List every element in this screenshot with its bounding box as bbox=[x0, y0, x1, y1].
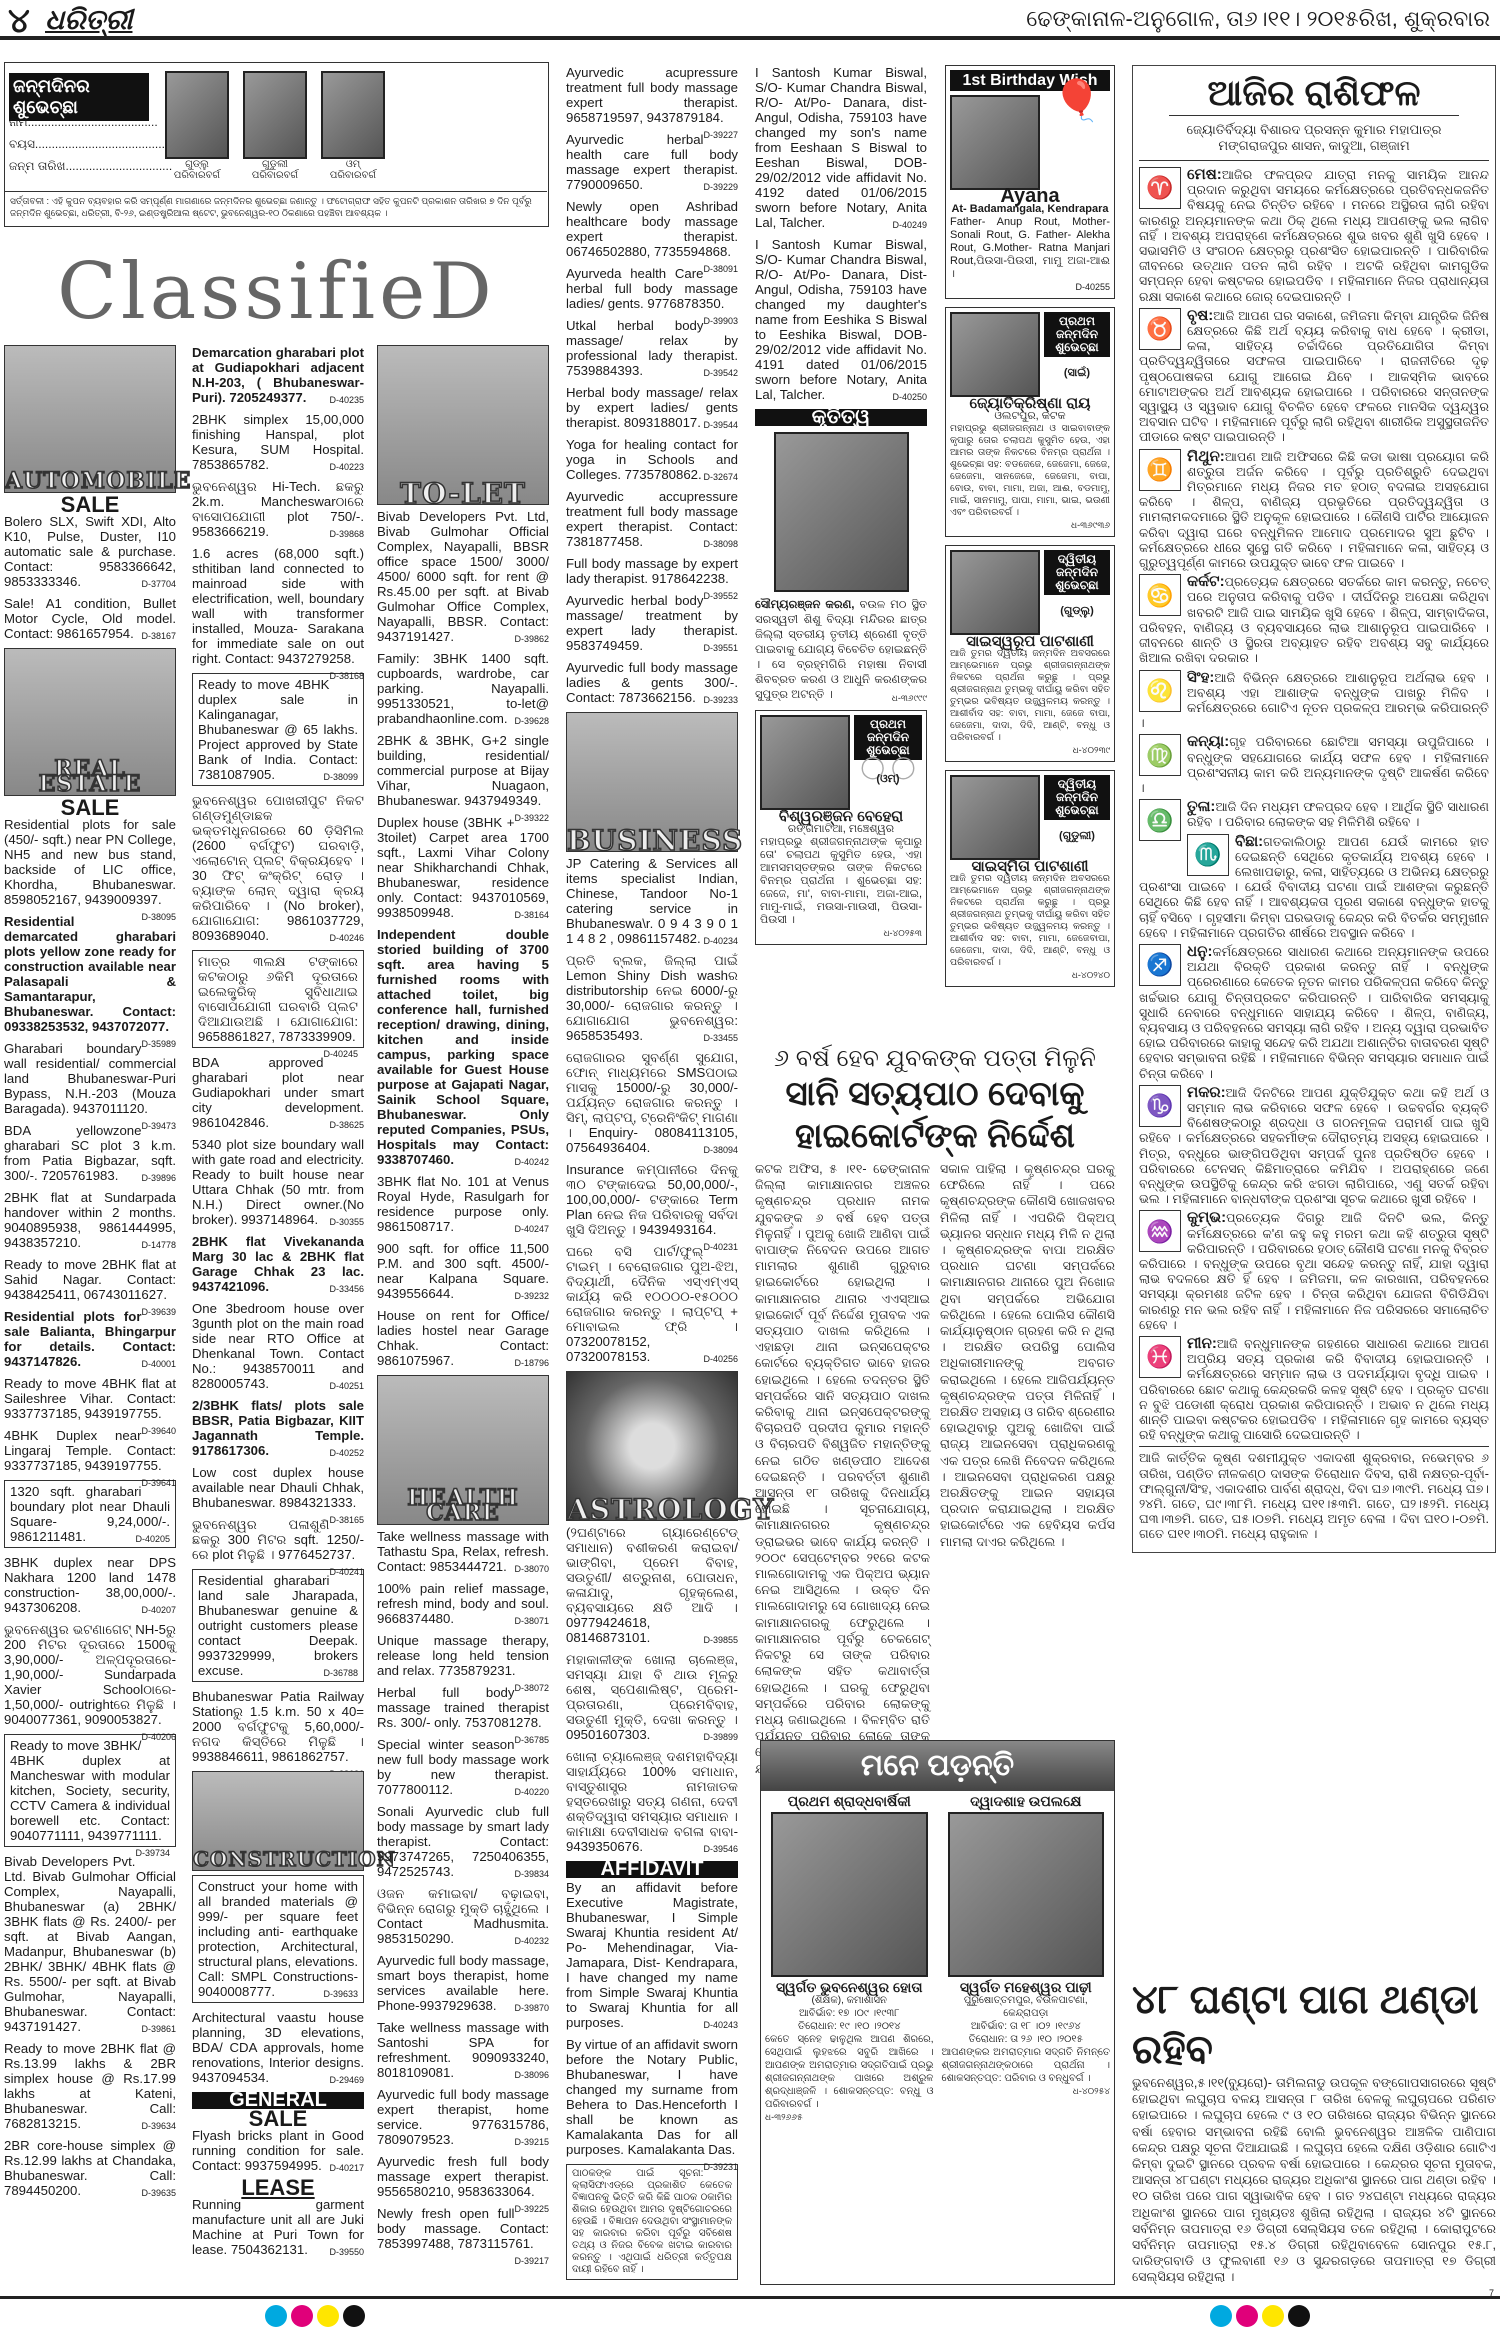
classified-banner: ClassifieD bbox=[4, 245, 549, 340]
classified-ad: Architectural vaastu house planning, 3D … bbox=[192, 2010, 364, 2085]
coupon-terms: ସର୍ତ୍ତାବଳୀ : ଏହି କୁପନ ବ୍ୟବହାର କରି ସମ୍ପୂର… bbox=[5, 191, 547, 222]
deceased-photo bbox=[948, 1812, 1105, 1977]
to-let-banner: TO-LET bbox=[377, 345, 549, 505]
zodiac-sagittarius: ♐ଧନୁ:କର୍ମକ୍ଷେତ୍ରରେ ସାଧାରଣ କଥାରେ ଅନ୍ୟମାନଙ… bbox=[1139, 944, 1489, 1082]
zodiac-aries: ♈ମେଷ:ଆଜିର ଫଳପ୍ରଦ ଯାତ୍ରା ମନକୁ ସାମୟିକ ଆନନ୍… bbox=[1139, 167, 1489, 305]
zodiac-scorpio: ♏ବିଛା:ଗତକାଲିଠାରୁ ଆପଣ ଯେଉଁ କାମରେ ହାତ ଦେଇଛ… bbox=[1139, 834, 1489, 941]
leo-icon: ♌ bbox=[1139, 670, 1181, 712]
classified-ad: Bivab Developers Pvt. Ltd. Bivab Gulmoha… bbox=[4, 1854, 176, 2034]
classified-ad: Insurance କମ୍ପାନୀରେ ଦିନକୁ ୩୦ ଟଙ୍କାଦେଇ 50… bbox=[566, 1162, 738, 1237]
obituary-title: ମନେ ପଡ଼ନ୍ତି bbox=[761, 1741, 1114, 1791]
zodiac-cancer: ♋କର୍କଟ:ପ୍ରତ୍ୟେକ କ୍ଷେତ୍ରରେ ସତର୍କରେ କାମ କର… bbox=[1139, 574, 1489, 666]
classified-ad: 5340 plot size boundary wall with gate r… bbox=[192, 1137, 364, 1227]
zodiac-leo: ♌ସିଂହ:ଆଜି ବିଭିନ୍ନ କ୍ଷେତ୍ରରେ ଆଶାନୁରୂପ ଅର୍… bbox=[1139, 670, 1489, 732]
classified-ad: BDA approved gharabari plot near Gudiapo… bbox=[192, 1055, 364, 1130]
section-heading: SALE bbox=[4, 497, 176, 512]
child-photo bbox=[950, 550, 1040, 635]
footer-page-number: 7 bbox=[1489, 2288, 1494, 2298]
classified-ad: Herbal body massage/ relax by expert lad… bbox=[566, 385, 738, 430]
classified-ad: Bhubaneswar Patia Railway Stationରୁ 1.5 … bbox=[192, 1689, 364, 1764]
classified-ad: Newly open Ashribad healthcare body mass… bbox=[566, 199, 738, 259]
newspaper-logo: ଧରିତ୍ରୀ bbox=[45, 4, 132, 37]
virgo-icon: ♍ bbox=[1139, 734, 1181, 776]
classified-ad-boxed: Construct your home with all branded mat… bbox=[192, 1875, 364, 2003]
news-body-col-2: ସକାଳ ପାହିଲା । କୃଷ୍ଣଚନ୍ଦ୍ର ଘରକୁ ଫେରିଲେ ନା… bbox=[940, 1161, 1115, 1777]
child-photo bbox=[165, 71, 229, 159]
classified-ad: JP Catering & Services all items special… bbox=[566, 856, 738, 946]
obituary-section: ମନେ ପଡ଼ନ୍ତି ପ୍ରଥମ ଶ୍ରାଦ୍ଧବାର୍ଷିକୀ ସ୍ୱର୍ଗ… bbox=[760, 1740, 1115, 2285]
column-health-business-astrology: Ayurvedic acupressure treatment full bod… bbox=[566, 65, 738, 2287]
classified-ad: Ready to move 4BHK flat at Saileshree Vi… bbox=[4, 1376, 176, 1421]
classified-ad: Low cost duplex house available near Dha… bbox=[192, 1465, 364, 1510]
name-change-notice: I Santosh Kumar Biswal, S/O- Kumar Chand… bbox=[755, 237, 927, 402]
footer-rule bbox=[0, 2296, 1500, 2299]
capricorn-icon: ♑ bbox=[1139, 1085, 1181, 1127]
classified-ad: Residential demarcated gharabari plots y… bbox=[4, 914, 176, 1034]
classified-ad: ମହାକାଳୀଙ୍କ ଖୋଲା ଚାଲେଞ୍ଜ, ସମସ୍ୟା ଯାହା ବି … bbox=[566, 1652, 738, 1742]
birthday-coupon: ଜନ୍ମଦିନର ଶୁଭେଚ୍ଛା ନାମ...................… bbox=[4, 62, 549, 227]
cmyk-registration-marks bbox=[265, 2305, 365, 2327]
obituary-right: ଦ୍ୱାଦଶାହ ଉପଲକ୍ଷେ ସ୍ୱର୍ଗତ ମହେଶ୍ୱର ପାଢ଼ୀ ପ… bbox=[942, 1795, 1111, 2124]
classified-ad: ଖୋଲା ଚ୍ୟାଲେଞ୍ଜ୍ ଦଶମହାବିଦ୍ୟା ସାହାର୍ଯ୍ୟରେ … bbox=[566, 1749, 738, 1854]
yellow-dot-icon bbox=[1262, 2305, 1284, 2327]
classified-ad: ପ୍ରତି ବ୍ଲକ, ଜିଲ୍ଲା ପାଇଁ Lemon Shiny Dish… bbox=[566, 953, 738, 1043]
health-care-banner: HEALTH CARE bbox=[377, 1375, 549, 1525]
column-automobile-realestate: AUTOMOBILE SALE Bolero SLX, Swift XDI, A… bbox=[4, 345, 176, 2205]
section-heading: SALE bbox=[192, 2111, 364, 2126]
classified-ad: 2BR core-house simplex @ Rs.12.99 lakhs … bbox=[4, 2138, 176, 2198]
column-tolet-health: TO-LET Bivab Developers Pvt. Ltd, Bivab … bbox=[377, 345, 549, 2269]
business-banner: BUSINESS bbox=[566, 712, 738, 852]
sagittarius-icon: ♐ bbox=[1139, 944, 1181, 986]
classified-ad: Full body massage by expert lady therapi… bbox=[566, 556, 738, 586]
weather-headline: ୪୮ ଘଣ୍ଟା ପାଗ ଥଣ୍ଡା ରହିବ bbox=[1132, 1975, 1496, 2075]
classified-ad: ରୋଜଗାରର ସୁବର୍ଣ୍ଣ ସୁଯୋଗ, ଫୋନ୍ ମାଧ୍ୟମରେ SM… bbox=[566, 1050, 738, 1155]
classified-ad: Yoga for healing contact for yoga in Sch… bbox=[566, 437, 738, 482]
classified-ad: 2BHK flat at Sundarpada handover within … bbox=[4, 1190, 176, 1250]
horoscope-address: ମଙ୍ଗରାଜପୁର ଶାସନ, କାଦୁଆ, ଗଞ୍ଜାମ bbox=[1139, 138, 1489, 161]
classified-ad: Ready to move 2BHK flat @ Rs.13.99 lakhs… bbox=[4, 2041, 176, 2131]
black-dot-icon bbox=[343, 2305, 365, 2327]
classified-ad: Independent double storied building of 3… bbox=[377, 927, 549, 1167]
zodiac-taurus: ♉ବୃଷ:ଆଜି ଆପଣ ଘର ସକାଶେ, ଜମିଜମା କିମ୍ବା ଯାନ… bbox=[1139, 308, 1489, 446]
child-photo bbox=[243, 71, 307, 159]
aries-icon: ♈ bbox=[1139, 167, 1181, 209]
classified-ad: By an affidavit before Executive Magistr… bbox=[566, 1880, 738, 2030]
construction-banner: CONSTRUCTION bbox=[192, 1771, 364, 1871]
real-estate-banner: REAL ESTATE bbox=[4, 648, 176, 796]
achievement-text: ସୌମ୍ୟରଞ୍ଜନ କରଣ, ବଉଳ ମଠ ସ୍ଥିତ ସରସ୍ୱତୀ ଶିଶ… bbox=[755, 598, 927, 703]
classified-ad: ଓଜନ କମାଇବା/ ବଢ଼ାଇବା, ବିଭିନ୍ନ ରୋଗରୁ ମୁକ୍ତ… bbox=[377, 1886, 549, 1946]
classified-ad: ଭୁବନେଶ୍ୱର ଭଟଣାଗେଟ୍ NH-5ରୁ 200 ମିଟର ଦୂରତା… bbox=[4, 1622, 176, 1727]
classified-ad: Flyash bricks plant in Good running cond… bbox=[192, 2128, 364, 2173]
cmyk-registration-marks bbox=[1210, 2305, 1310, 2327]
section-heading: SALE bbox=[4, 800, 176, 815]
horoscope-author: ଜ୍ୟୋତିର୍ବିଦ୍ୟା ବିଶାରଦ ପ୍ରସନ୍ନ କୁମାର ମହାପ… bbox=[1139, 122, 1489, 138]
zodiac-gemini: ♊ମିଥୁନ:ଆପଣ ଆଜି ଅଫିସରେ କିଛି କଡା ଭାଷା ପ୍ରୟ… bbox=[1139, 449, 1489, 572]
classified-ad: ଭୁବନେଶ୍ୱର ପୋଖରୀପୁଟ ନିକଟ ଗଣ୍ଡମୁଣ୍ଡାଛକ ଭକ୍… bbox=[192, 793, 364, 943]
classified-ad: Take wellness massage with Santoshi SPA … bbox=[377, 2020, 549, 2080]
masthead-rule bbox=[0, 36, 1500, 40]
classified-ad-boxed: ମାତ୍ର ୩ଲକ୍ଷ ଟଙ୍କାରେ କଟକଠାରୁ ୬କିମି ଦୂରତାର… bbox=[192, 950, 364, 1048]
zodiac-virgo: ♍କନ୍ୟା:ଗୃହ ପରିବାରରେ ଛୋଟିଆ ସମସ୍ୟା ଉପୁଜିପା… bbox=[1139, 734, 1489, 796]
classified-ad: 2BHK flat Vivekananda Marg 30 lac & 2BHK… bbox=[192, 1234, 364, 1294]
classified-ad: Sale! A1 condition, Bullet Motor Cycle, … bbox=[4, 596, 176, 641]
aquarius-icon: ♒ bbox=[1139, 1210, 1181, 1252]
classified-ad: Gharabari boundary wall residential/ com… bbox=[4, 1041, 176, 1116]
classified-ad-boxed: Ready to move 4BHK duplex sale in Kaling… bbox=[192, 673, 364, 786]
classified-ad: 100% pain relief massage, refresh mind, … bbox=[377, 1581, 549, 1626]
classified-ad: Ayurvedic fresh full body massage expert… bbox=[377, 2154, 549, 2199]
classified-ad: House on rent for Office/ ladies hostel … bbox=[377, 1308, 549, 1368]
classified-ad: Unique massage therapy, release long hel… bbox=[377, 1633, 549, 1678]
coupon-photo: ଓମ୍ପରିବାରବର୍ଗ bbox=[321, 71, 385, 181]
classified-ad: Bolero SLX, Swift XDI, Alto K10, Pulse, … bbox=[4, 514, 176, 589]
first-birthday-wish: 1st Birthday Wish 🎈 Ayana At- Badamangal… bbox=[945, 65, 1115, 299]
coupon-photos: ଗୁଡ୍ଲୁପରିବାରବର୍ଗ ଗୁଡୁଲୀପରିବାରବର୍ଗ ଓମ୍ପରି… bbox=[165, 71, 385, 181]
scorpio-icon: ♏ bbox=[1187, 834, 1229, 876]
horoscope-title: ଆଜିର ରାଶିଫଳ bbox=[1169, 72, 1459, 116]
coupon-field-age[interactable]: ବୟସ.....................................… bbox=[9, 133, 172, 155]
achievement-heading: କୃତିତ୍ୱ bbox=[755, 409, 927, 426]
yellow-dot-icon bbox=[317, 2305, 339, 2327]
classified-ad: 3BHK flat No. 101 at Venus Royal Hyde, R… bbox=[377, 1174, 549, 1234]
black-dot-icon bbox=[1288, 2305, 1310, 2327]
classified-ad: (୨ଘଣ୍ଟାରେ ଗ୍ୟାରେଣ୍ଟେଡ୍ ସମାଧାନ) ବଶୀକରଣ କର… bbox=[566, 1525, 738, 1645]
birthday-wish-card: ଦ୍ୱିତୀୟ ଜନ୍ମଦିନ ଶୁଭେଚ୍ଛା(ଗୁଡୁଲୀ) ସାଇସ୍ମି… bbox=[945, 770, 1115, 987]
taurus-icon: ♉ bbox=[1139, 308, 1181, 350]
gemini-icon: ♊ bbox=[1139, 449, 1181, 491]
classified-ad: Ayurvedic full body massage expert thera… bbox=[377, 2087, 549, 2147]
panjika: ଆଜି କାର୍ତ୍ତିକ କୃଷ୍ଣ ଦଶମୀଯୁକ୍ତ ଏକାଦଶୀ ଶୁକ… bbox=[1139, 1446, 1489, 1542]
classified-ad: 3BHK duplex near DPS Nakhara 1200 land 1… bbox=[4, 1555, 176, 1615]
astrology-banner: ASTROLOGY bbox=[566, 1371, 738, 1521]
masthead: ୪ ଧରିତ୍ରୀ ଢେଙ୍କାନାଳ-ଅନୁଗୋଳ, ତା୬।୧୧। ୨୦୧୫… bbox=[0, 0, 1500, 38]
pisces-icon: ♓ bbox=[1139, 1336, 1181, 1378]
classified-ad-boxed: Residential gharabari land sale Jharapad… bbox=[192, 1569, 364, 1682]
classified-ad: One 3bedroom house over 3gunth plot on t… bbox=[192, 1301, 364, 1391]
birthday-wish-card: ପ୍ରଥମ ଜନ୍ମଦିନ ଶୁଭେଚ୍ଛା(ସାଇଁ) ଜ୍ୟୋତିକ୍ରିଷ… bbox=[945, 307, 1115, 537]
classified-ad: 2/3BHK flats/ plots sale BBSR, Patia Big… bbox=[192, 1398, 364, 1458]
child-photo bbox=[321, 71, 385, 159]
classified-ad: Duplex house (3BHK + 3toilet) Carpet are… bbox=[377, 815, 549, 920]
classified-ad: Family: 3BHK 1400 sqft. cupboards, wardr… bbox=[377, 651, 549, 726]
cyan-dot-icon bbox=[265, 2305, 287, 2327]
magenta-dot-icon bbox=[291, 2305, 313, 2327]
zodiac-pisces: ♓ମୀନ:ଆଜି ବନ୍ଧୁମାନଙ୍କ ଗହଣରେ ସାଧାରଣ କଥାରେ … bbox=[1139, 1336, 1489, 1443]
classified-ad: Ayurvedic full body massage ladies & gen… bbox=[566, 660, 738, 705]
weather-story: ୪୮ ଘଣ୍ଟା ପାଗ ଥଣ୍ଡା ରହିବ ଭୁବନେଶ୍ୱର,୫।୧୧(ବ… bbox=[1132, 1975, 1496, 2286]
classified-ad: 1.6 acres (68,000 sqft.) sthitiban land … bbox=[192, 546, 364, 666]
news-story: ୬ ବର୍ଷ ହେବ ଯୁବକଙ୍କ ପତ୍ତା ମିଳୁନି ସାନି ସତ୍… bbox=[755, 1045, 1115, 1777]
child-photo bbox=[760, 715, 850, 810]
classified-ad: 2BHK simplex 15,00,000 finishing Hanspal… bbox=[192, 412, 364, 472]
deceased-photo bbox=[771, 1812, 928, 1977]
cyan-dot-icon bbox=[1210, 2305, 1232, 2327]
horoscope-section: ଆଜିର ରାଶିଫଳ ଜ୍ୟୋତିର୍ବିଦ୍ୟା ବିଶାରଦ ପ୍ରସନ୍… bbox=[1132, 65, 1496, 1553]
child-photo bbox=[950, 775, 1040, 860]
affidavit-heading: AFFIDAVIT bbox=[566, 1861, 738, 1878]
column-birthday-wishes: 1st Birthday Wish 🎈 Ayana At- Badamangal… bbox=[945, 65, 1115, 995]
classified-ad: ଘରେ ବସି ପାର୍ଟ/ଫୁଲ୍ ଟାଇମ୍ । ବେରୋଜଗାର ପୁଅ-… bbox=[566, 1244, 738, 1364]
coupon-field-dob[interactable]: ଜନ୍ମ ତାରିଖ..............................… bbox=[9, 155, 172, 177]
automobile-banner: AUTOMOBILE bbox=[4, 345, 176, 493]
dateline: ଢେଙ୍କାନାଳ-ଅନୁଗୋଳ, ତା୬।୧୧। ୨୦୧୫ରିଖ, ଶୁକ୍ର… bbox=[1026, 6, 1490, 32]
obituary-left: ପ୍ରଥମ ଶ୍ରାଦ୍ଧବାର୍ଷିକୀ ସ୍ୱର୍ଗତ ଭୁବନେଶ୍ୱର … bbox=[765, 1795, 934, 2124]
coupon-photo: ଗୁଡ୍ଲୁପରିବାରବର୍ଗ bbox=[165, 71, 229, 181]
column-property: Demarcation gharabari plot at Gudiapokha… bbox=[192, 345, 364, 2264]
classified-ad: ଭୁବନେଶ୍ୱର Hi-Tech. ଛକରୁ 2k.m. Mancheswar… bbox=[192, 479, 364, 539]
classified-ad: Residential plots for sale (450/- sqft.)… bbox=[4, 817, 176, 907]
coupon-photo: ଗୁଡୁଲୀପରିବାରବର୍ଗ bbox=[243, 71, 307, 181]
classified-ad: Ayurvedic acupressure treatment full bod… bbox=[566, 65, 738, 125]
birthday-wish-card: ପ୍ରଥମ ଜନ୍ମଦିନ ଶୁଭେଚ୍ଛା◯ ◯(ଓମ୍) ବିଶ୍ୱରଞ୍ଜ… bbox=[755, 710, 927, 945]
classified-ad: Ready to move 2BHK flat at Sahid Nagar. … bbox=[4, 1257, 176, 1302]
classified-ad-boxed: Ready to move 3BHK/ 4BHK duplex at Manch… bbox=[4, 1734, 176, 1847]
classified-ad: 2BHK & 3BHK, G+2 single building, reside… bbox=[377, 733, 549, 808]
news-kicker: ୬ ବର୍ଷ ହେବ ଯୁବକଙ୍କ ପତ୍ତା ମିଳୁନି bbox=[755, 1045, 1115, 1073]
zodiac-capricorn: ♑ମକର:ଆଜି ଦିନଟିରେ ଆପଣ ଯୁକ୍ତିଯୁକ୍ତ କଥା କହି… bbox=[1139, 1085, 1489, 1208]
zodiac-aquarius: ♒କୁମ୍ଭ:ପ୍ରତ୍ୟେକ ଦିଗରୁ ଆଜି ଦିନଟି ଭଲ, କିନ୍… bbox=[1139, 1210, 1489, 1333]
news-body-col-1: କଟକ ଅଫିସ, ୫ ।୧୧- ଢେଙ୍କାନାଳ ଜିଲ୍ଲା କାମାକ୍… bbox=[755, 1161, 930, 1777]
birthday-wish-card: ଦ୍ୱିତୀୟ ଜନ୍ମଦିନ ଶୁଭେଚ୍ଛା(ଗୁଡ୍ଲୁ) ସାଇସ୍ୱର… bbox=[945, 545, 1115, 762]
zodiac-libra: ♎ତୁଳା:ଆଜି ଦିନ ମଧ୍ୟମ ଫଳପ୍ରଦ ହେବ । ଆର୍ଥିକ … bbox=[1139, 799, 1489, 830]
classified-ad: Ayurvedic full body massage, smart boys … bbox=[377, 1953, 549, 2013]
student-photo bbox=[774, 432, 909, 592]
classified-ad: Bivab Developers Pvt. Ltd, Bivab Gulmoha… bbox=[377, 509, 549, 644]
weather-body: ଭୁବନେଶ୍ୱର,୫।୧୧(ବ୍ୟୁରୋ)- ତାମିଲନାଡୁ ଉପକୂଳ … bbox=[1132, 2075, 1496, 2286]
child-photo bbox=[950, 312, 1040, 397]
classified-ad: Take wellness massage with Tathastu Spa,… bbox=[377, 1529, 549, 1574]
cancer-icon: ♋ bbox=[1139, 574, 1181, 616]
classified-ad: Demarcation gharabari plot at Gudiapokha… bbox=[192, 345, 364, 405]
classified-ad: 900 sqft. for office 11,500 P.M. and 300… bbox=[377, 1241, 549, 1301]
name-change-notice: I Santosh Kumar Biswal, S/O- Kumar Chand… bbox=[755, 65, 927, 230]
balloons-icon: 🎈 bbox=[1044, 95, 1110, 190]
classified-ad: Ayurvedic accupressure treatment full bo… bbox=[566, 489, 738, 549]
classified-ad: Sonali Ayurvedic club full body massage … bbox=[377, 1804, 549, 1879]
lease-heading: LEASE bbox=[192, 2180, 364, 2195]
libra-icon: ♎ bbox=[1139, 799, 1181, 841]
coupon-field-name[interactable]: ନାମ.....................................… bbox=[9, 111, 172, 133]
child-photo bbox=[950, 95, 1040, 190]
reader-notice: ପାଠକଙ୍କ ପାଇଁ ସୂଚନା: କ୍ଲାସିଫାଏଡ୍‌ରେ ପ୍ରକା… bbox=[566, 2164, 738, 2280]
column-affidavit-wishes: I Santosh Kumar Biswal, S/O- Kumar Chand… bbox=[755, 65, 927, 953]
classified-ad: By virtue of an affidavit sworn before t… bbox=[566, 2037, 738, 2157]
classified-ad: Running garment manufacture unit all are… bbox=[192, 2197, 364, 2257]
news-headline: ସାନି ସତ୍ୟପାଠ ଦେବାକୁ ହାଇକୋର୍ଟଙ୍କ ନିର୍ଦ୍ଦେ… bbox=[755, 1073, 1115, 1157]
coupon-fields: ନାମ.....................................… bbox=[9, 111, 172, 177]
magenta-dot-icon bbox=[1236, 2305, 1258, 2327]
